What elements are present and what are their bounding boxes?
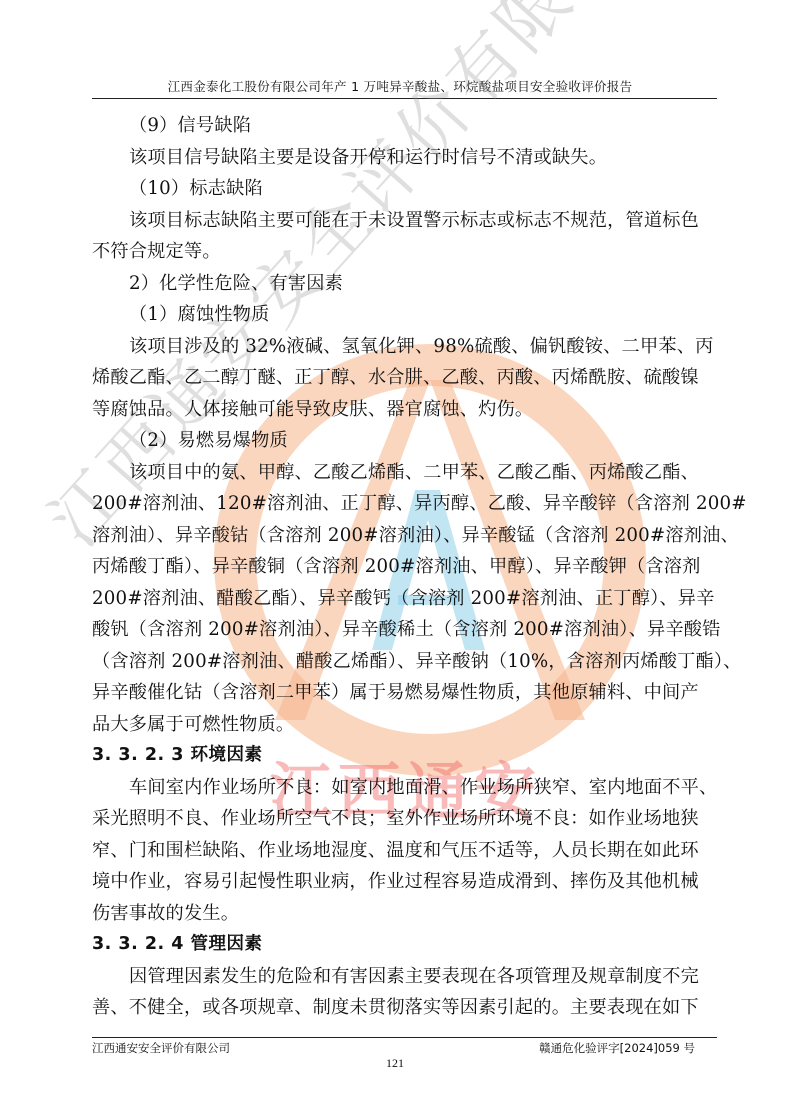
- subheading-chemical-hazards: 2）化学性危险、有害因素: [92, 268, 718, 300]
- header-divider: [92, 98, 717, 99]
- paragraph-line: 该项目中的氨、甲醇、乙酸乙烯酯、二甲苯、乙酸乙酯、丙烯酸乙酯、: [92, 457, 718, 489]
- paragraph-line: 异辛酸催化钴（含溶剂二甲苯）属于易燃易爆性物质，其他原辅料、中间产: [92, 677, 718, 709]
- paragraph-line: 窄、门和围栏缺陷、作业场地湿度、温度和气压不适等，人员长期在如此环: [92, 835, 718, 867]
- paragraph-line: 酸钒（含溶剂 200#溶剂油）、异辛酸稀土（含溶剂 200#溶剂油）、异辛酸锆: [92, 614, 718, 646]
- paragraph-line: 该项目信号缺陷主要是设备开停和运行时信号不清或缺失。: [92, 142, 718, 174]
- paragraph-line: 丙烯酸丁酯）、异辛酸铜（含溶剂 200#溶剂油、甲醇）、异辛酸钾（含溶剂: [92, 551, 718, 583]
- paragraph-line: 车间室内作业场所不良：如室内地面滑、作业场所狭窄、室内地面不平、: [92, 772, 718, 804]
- document-page: 江西金泰化工股份有限公司年产 1 万吨异辛酸盐、环烷酸盐项目安全验收评价报告 江…: [0, 0, 790, 1118]
- document-body: （9）信号缺陷 该项目信号缺陷主要是设备开停和运行时信号不清或缺失。 （10）标…: [92, 110, 718, 1024]
- subheading-signal-defect: （9）信号缺陷: [92, 110, 718, 142]
- footer-doc-number: 赣通危化验评字[2024]059 号: [539, 1040, 695, 1056]
- page-number: 121: [0, 1056, 790, 1071]
- section-heading-management: 3. 3. 2. 4 管理因素: [92, 929, 718, 961]
- paragraph-line: 烯酸乙酯、乙二醇丁醚、正丁醇、水合肼、乙酸、丙酸、丙烯酰胺、硫酸镍: [92, 362, 718, 394]
- footer-company: 江西通安安全评价有限公司: [92, 1040, 230, 1056]
- paragraph-line: （含溶剂 200#溶剂油、醋酸乙烯酯）、异辛酸钠（10%，含溶剂丙烯酸丁酯）、: [92, 646, 718, 678]
- paragraph-line: 该项目标志缺陷主要可能在于未设置警示标志或标志不规范，管道标色: [92, 205, 718, 237]
- subheading-sign-defect: （10）标志缺陷: [92, 173, 718, 205]
- paragraph-line: 200#溶剂油、醋酸乙酯）、异辛酸钙（含溶剂 200#溶剂油、正丁醇）、异辛: [92, 583, 718, 615]
- paragraph-line: 伤害事故的发生。: [92, 898, 718, 930]
- subheading-flammable-explosive: （2）易燃易爆物质: [92, 425, 718, 457]
- paragraph-line: 等腐蚀品。人体接触可能导致皮肤、器官腐蚀、灼伤。: [92, 394, 718, 426]
- subheading-corrosive-substances: （1）腐蚀性物质: [92, 299, 718, 331]
- paragraph-line: 因管理因素发生的危险和有害因素主要表现在各项管理及规章制度不完: [92, 961, 718, 993]
- footer-divider: [92, 1037, 717, 1038]
- page-header-title: 江西金泰化工股份有限公司年产 1 万吨异辛酸盐、环烷酸盐项目安全验收评价报告: [80, 77, 720, 95]
- paragraph-line: 该项目涉及的 32%液碱、氢氧化钾、98%硫酸、偏钒酸铵、二甲苯、丙: [92, 331, 718, 363]
- paragraph-line: 溶剂油）、异辛酸钴（含溶剂 200#溶剂油）、异辛酸锰（含溶剂 200#溶剂油、: [92, 520, 718, 552]
- paragraph-line: 采光照明不良、作业场所空气不良；室外作业场所环境不良：如作业场地狭: [92, 803, 718, 835]
- paragraph-line: 品大多属于可燃性物质。: [92, 709, 718, 741]
- paragraph-line: 不符合规定等。: [92, 236, 718, 268]
- paragraph-line: 善、不健全，或各项规章、制度未贯彻落实等因素引起的。主要表现在如下: [92, 992, 718, 1024]
- paragraph-line: 境中作业，容易引起慢性职业病，作业过程容易造成滑到、摔伤及其他机械: [92, 866, 718, 898]
- section-heading-environment: 3. 3. 2. 3 环境因素: [92, 740, 718, 772]
- paragraph-line: 200#溶剂油、120#溶剂油、正丁醇、异丙醇、乙酸、异辛酸锌（含溶剂 200#: [92, 488, 718, 520]
